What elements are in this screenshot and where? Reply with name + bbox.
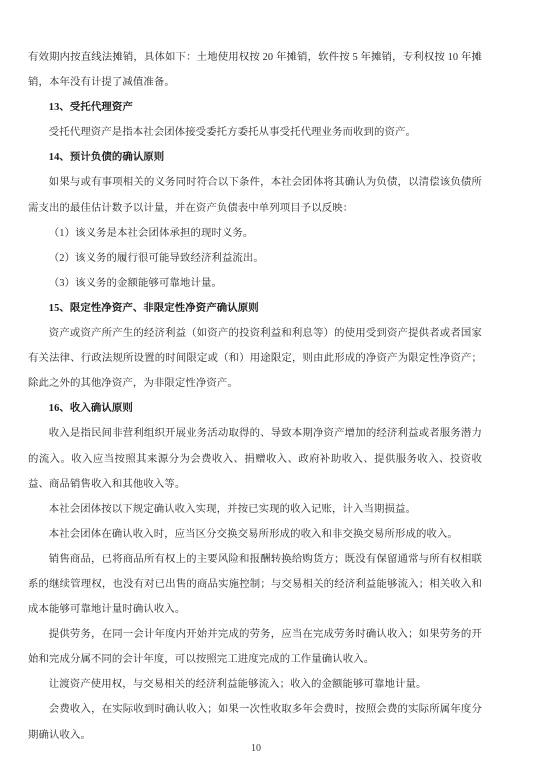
paragraph-revenue-definition: 收入是指民间非营利组织开展业务活动取得的、导致本期净资产增加的经济利益或者服务潜… xyxy=(28,421,482,496)
page-number: 10 xyxy=(0,742,512,756)
list-item-condition-3: （3）该义务的金额能够可靠地计量。 xyxy=(28,271,482,296)
paragraph-service-revenue: 提供劳务，在同一会计年度内开始并完成的劳务，应当在完成劳务时确认收入；如果劳务的… xyxy=(28,622,482,672)
paragraph-estimated-liabilities-intro: 如果与或有事项相关的义务同时符合以下条件，本社会团体将其确认为负债，以清偿该负债… xyxy=(28,170,482,220)
section-heading-13-entrusted-agency-assets: 13、受托代理资产 xyxy=(28,95,482,120)
paragraph-membership-fee-revenue: 会费收入，在实际收到时确认收入；如果一次性收取多年会费时，按照会费的实际所属年度… xyxy=(28,697,482,747)
paragraph-exchange-transactions: 本社会团体在确认收入时，应当区分交换交易所形成的收入和非交换交易所形成的收入。 xyxy=(28,522,482,547)
paragraph-entrusted-agency-assets: 受托代理资产是指本社会团体接受委托方委托从事受托代理业务而收到的资产。 xyxy=(28,120,482,145)
paragraph-asset-usage-rights: 让渡资产使用权，与交易相关的经济利益能够流入；收入的金额能够可靠地计量。 xyxy=(28,672,482,697)
document-page: 有效期内按直线法摊销，具体如下：土地使用权按 20 年摊销，软件按 5 年摊销，… xyxy=(28,45,482,748)
section-heading-14-estimated-liabilities: 14、预计负债的确认原则 xyxy=(28,145,482,170)
paragraph-revenue-recognition-rule: 本社会团体按以下规定确认收入实现，并按已实现的收入记账，计入当期损益。 xyxy=(28,497,482,522)
section-heading-15-restricted-net-assets: 15、限定性净资产、非限定性净资产确认原则 xyxy=(28,296,482,321)
section-heading-16-revenue-recognition: 16、收入确认原则 xyxy=(28,396,482,421)
list-item-condition-1: （1）该义务是本社会团体承担的现时义务。 xyxy=(28,221,482,246)
paragraph-amortization-continuation: 有效期内按直线法摊销，具体如下：土地使用权按 20 年摊销，软件按 5 年摊销，… xyxy=(28,45,482,95)
list-item-condition-2: （2）该义务的履行很可能导致经济利益流出。 xyxy=(28,246,482,271)
paragraph-goods-sales-revenue: 销售商品，已将商品所有权上的主要风险和报酬转换给购货方；既没有保留通常与所有权相… xyxy=(28,547,482,622)
paragraph-restricted-net-assets: 资产或资产所产生的经济利益（如资产的投资利益和利息等）的使用受到资产提供者或者国… xyxy=(28,321,482,396)
